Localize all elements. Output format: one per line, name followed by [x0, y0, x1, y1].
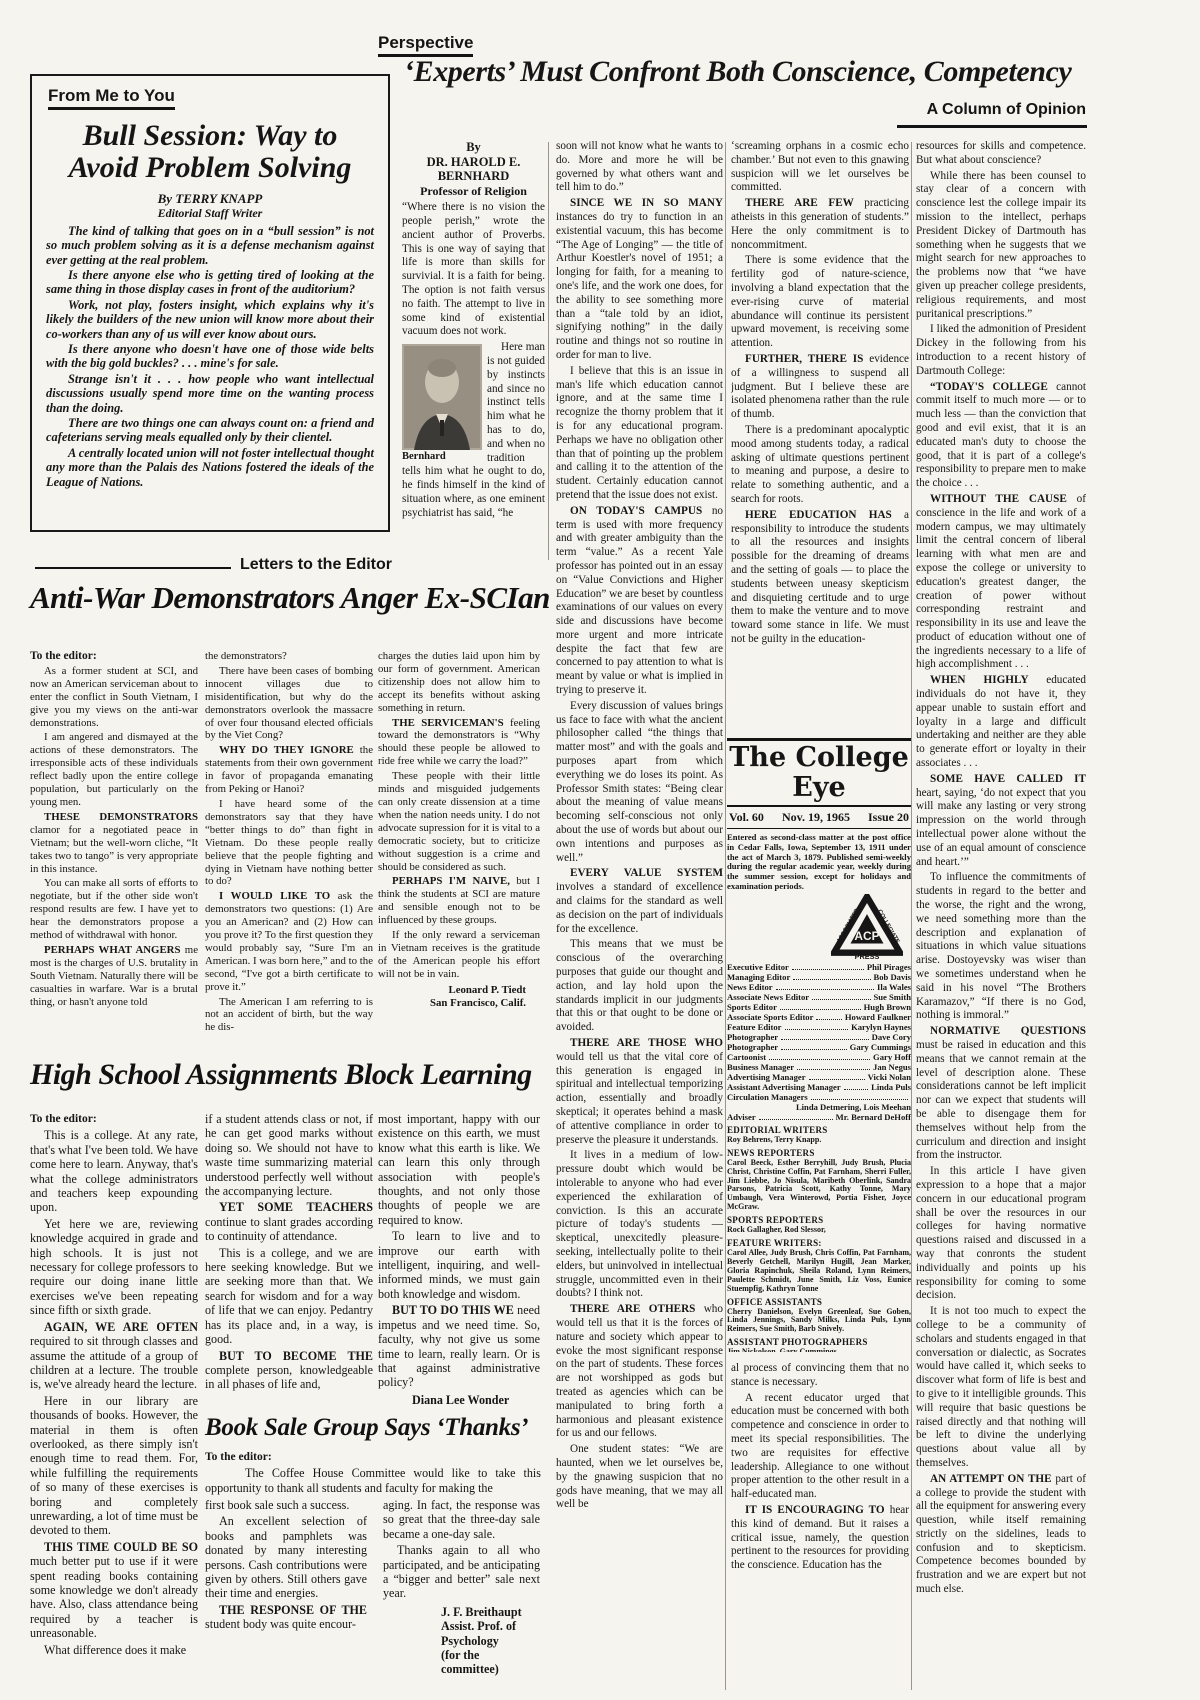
booksale-intro-text: The Coffee House Committee would like to… [205, 1466, 541, 1495]
paragraph: Thanks again to all who participated, an… [383, 1543, 540, 1601]
paragraph: if a student attends class or not, if he… [205, 1112, 373, 1198]
paragraph: THE RESPONSE OF THE student body was qui… [205, 1603, 367, 1632]
booksale-column-2: aging. In fact, the response was so grea… [383, 1498, 540, 1690]
highschool-headline: High School Assignments Block Learning [30, 1058, 565, 1092]
paragraph: It lives in a medium of low-pressure dou… [556, 1149, 723, 1301]
paragraph: This is a college, and we are here seeki… [205, 1246, 373, 1347]
paragraph: WITHOUT THE CAUSE of conscience in the l… [916, 493, 1086, 672]
masthead-rule [727, 805, 911, 807]
staff-row: Associate Sports EditorHoward Faulkner [727, 1012, 911, 1022]
paragraph: BUT TO BECOME THE complete person, knowl… [205, 1349, 373, 1392]
acp-press-logo: ACP ASSOCIATED COLLEGIATE PRESS [831, 894, 903, 960]
bull-session-body: The kind of talking that goes on in a “b… [46, 224, 374, 489]
staff-group-names: Carol Allee, Judy Brush, Chris Coffin, P… [727, 1249, 911, 1294]
paragraph: If the only reward a serviceman in Vietn… [378, 929, 540, 981]
paragraph: THERE ARE OTHERS who would tell us that … [556, 1303, 723, 1441]
paragraph: IT IS ENCOURAGING TO hear this kind of d… [731, 1504, 909, 1573]
masthead-date: Nov. 19, 1965 [782, 810, 850, 825]
staff-row: Associate News EditorSue Smith [727, 992, 911, 1002]
paragraph: I WOULD LIKE TO ask the demonstrators tw… [205, 890, 373, 993]
masthead-staff-groups: EDITORIAL WRITERSRoy Behrens, Terry Knap… [727, 1125, 911, 1352]
paragraph: PERHAPS WHAT ANGERS me most is the charg… [30, 944, 198, 1009]
antiwar-headline: Anti-War Demonstrators Anger Ex-SCIan [30, 580, 560, 616]
highschool-col1-text: This is a college. At any rate, that's w… [30, 1128, 198, 1657]
paragraph: PERHAPS I'M NAIVE, but I think the stude… [378, 875, 540, 927]
bull-session-box: From Me to You Bull Session: Way to Avoi… [30, 74, 390, 532]
opinion-column-2: soon will not know what he wants to do. … [556, 140, 723, 1690]
paragraph: These people with their little minds and… [378, 770, 540, 873]
paragraph: Yet here we are, reviewing knowledge acq… [30, 1217, 198, 1318]
staff-row: Circulation ManagersLinda Detmering, Loi… [727, 1092, 911, 1112]
paragraph: There are two things one can always coun… [46, 416, 374, 445]
antiwar-col3-text: charges the duties laid upon him by our … [378, 650, 540, 981]
acp-logo-wrap: ACP ASSOCIATED COLLEGIATE PRESS [727, 894, 911, 960]
column-of-opinion-label: A Column of Opinion [868, 101, 1086, 119]
letters-to-the-editor-label: Letters to the Editor [240, 556, 392, 574]
paragraph: HERE EDUCATION HAS a responsibility to i… [731, 509, 909, 647]
opinion-column-3-bottom: al process of convincing them that no st… [731, 1362, 909, 1690]
paragraph: FURTHER, THERE IS evidence of a willingn… [731, 353, 909, 422]
column-rule [725, 142, 726, 1690]
paragraph: AN ATTEMPT ON THE part of a college to p… [916, 1473, 1086, 1597]
staff-group-names: Cherry Danielson, Evelyn Greenleaf, Sue … [727, 1308, 911, 1335]
antiwar-signature-place: San Francisco, Calif. [378, 997, 540, 1010]
paragraph: ON TODAY'S CAMPUS no term is used with m… [556, 505, 723, 698]
booksale-intro: To the editor: The Coffee House Committe… [205, 1450, 541, 1496]
highschool-signature-name: Diana Lee Wonder [378, 1393, 540, 1406]
staff-row: Feature EditorKarylyn Haynes [727, 1022, 911, 1032]
masthead-entered-notice: Entered as second-class matter at the po… [727, 833, 911, 892]
paragraph: There have been cases of bombing innocen… [205, 665, 373, 742]
paragraph: charges the duties laid upon him by our … [378, 650, 540, 715]
masthead-vol: Vol. 60 [729, 810, 764, 825]
paragraph: The American I am referring to is not an… [205, 996, 373, 1035]
paragraph: THERE ARE FEW practicing atheists in thi… [731, 197, 909, 252]
masthead-title: The College Eye [727, 743, 911, 803]
opinion-column-3-top: ‘screaming orphans in a cosmic echo cham… [731, 140, 909, 734]
paragraph: NORMATIVE QUESTIONS must be raised in ed… [916, 1025, 1086, 1163]
opinion-column-1: By DR. HAROLD E. BERNHARD Professor of R… [402, 140, 545, 645]
newspaper-page: Perspective ‘Experts’ Must Confront Both… [0, 0, 1200, 1700]
antiwar-column-2: the demonstrators?There have been cases … [205, 650, 373, 1062]
staff-row: Assistant Advertising ManagerLinda Puls [727, 1082, 911, 1092]
paragraph: al process of convincing them that no st… [731, 1362, 909, 1390]
paragraph: One student states: “We are haunted, whe… [556, 1443, 723, 1512]
booksale-signature: J. F. Breithaupt Assist. Prof. of Psycho… [383, 1605, 540, 1677]
staff-group-names: Carol Beeck, Esther Berryhill, Judy Brus… [727, 1159, 911, 1212]
paragraph: the demonstrators? [205, 650, 373, 663]
staff-row: Executive EditorPhil Pirages [727, 962, 911, 972]
paragraph: To learn to live and to improve our eart… [378, 1229, 540, 1301]
masthead: The College Eye Vol. 60 Nov. 19, 1965 Is… [727, 736, 911, 1352]
opinion-col1-text: “Where there is no vision the people per… [402, 201, 545, 339]
staff-row: PhotographerDave Cory [727, 1032, 911, 1042]
bernhard-photo-figure: Bernhard [402, 344, 482, 464]
antiwar-col1-text: As a former student at SCI, and now an A… [30, 665, 198, 1009]
staff-row: Managing EditorBob Davis [727, 972, 911, 982]
staff-row: PhotographerGary Cummings [727, 1042, 911, 1052]
staff-group-names: Roy Behrens, Terry Knapp. [727, 1136, 911, 1145]
paragraph: What difference does it make [30, 1643, 198, 1657]
paragraph: most important, happy with our existence… [378, 1112, 540, 1227]
paragraph: As a former student at SCI, and now an A… [30, 665, 198, 730]
column-rule [911, 142, 912, 1690]
paragraph: An excellent selection of books and pamp… [205, 1514, 367, 1600]
paragraph: AGAIN, WE ARE OFTEN required to sit thro… [30, 1320, 198, 1392]
paragraph: I believe that this is an issue in man's… [556, 365, 723, 503]
staff-row: Business ManagerJan Negus [727, 1062, 911, 1072]
staff-row: CartoonistGary Hoff [727, 1052, 911, 1062]
opinion-column-4: resources for skills and competence. But… [916, 140, 1086, 1690]
paragraph: first book sale such a success. [205, 1498, 367, 1512]
svg-text:PRESS: PRESS [855, 952, 880, 960]
paragraph: THERE ARE THOSE WHO would tell us that t… [556, 1037, 723, 1147]
paragraph: I have heard some of the demonstrators s… [205, 798, 373, 888]
paragraph: You can make all sorts of efforts to neg… [30, 877, 198, 942]
paragraph: aging. In fact, the response was so grea… [383, 1498, 540, 1541]
paragraph: A centrally located union will not foste… [46, 446, 374, 489]
photo-caption: Bernhard [402, 450, 446, 462]
paragraph: soon will not know what he wants to do. … [556, 140, 723, 195]
paragraph: resources for skills and competence. But… [916, 140, 1086, 168]
paragraph: To influence the commitments of students… [916, 871, 1086, 1023]
paragraph: SINCE WE IN SO MANY instances do try to … [556, 197, 723, 363]
antiwar-column-1: To the editor: As a former student at SC… [30, 650, 198, 1062]
paragraph: SOME HAVE CALLED IT heart, saying, ‘do n… [916, 773, 1086, 870]
booksale-salutation: To the editor: [205, 1450, 541, 1464]
staff-row: Advertising ManagerVicki Nolan [727, 1072, 911, 1082]
highschool-column-2: if a student attends class or not, if he… [205, 1112, 373, 1406]
highschool-column-3: most important, happy with our existence… [378, 1112, 540, 1406]
masthead-rule [727, 828, 911, 830]
masthead-staff-list: Executive EditorPhil PiragesManaging Edi… [727, 962, 911, 1122]
paragraph: In this article I have given expression … [916, 1165, 1086, 1303]
booksale-headline: Book Sale Group Says ‘Thanks’ [205, 1414, 545, 1442]
letters-divider-rule [35, 567, 231, 569]
opinion-headline: ‘Experts’ Must Confront Both Conscience,… [404, 56, 1092, 88]
masthead-issue: Issue 20 [868, 810, 909, 825]
paragraph: THE SERVICEMAN'S feeling toward the demo… [378, 717, 540, 769]
paragraph: It is not too much to expect the college… [916, 1305, 1086, 1471]
bull-session-headline: Bull Session: Way to Avoid Problem Solvi… [46, 120, 374, 185]
staff-group-names: Jim Nickolson, Gary Cummings. [727, 1348, 911, 1352]
paragraph: Every discussion of values brings us fac… [556, 700, 723, 866]
paragraph: Is there anyone who doesn't have one of … [46, 342, 374, 371]
paragraph: There is a predominant apocalyptic mood … [731, 424, 909, 507]
paragraph: BUT TO DO THIS WE need impetus and we ne… [378, 1303, 540, 1389]
highschool-column-1: To the editor: This is a college. At any… [30, 1112, 198, 1690]
paragraph: YET SOME TEACHERS continue to slant grad… [205, 1200, 373, 1243]
paragraph: WHEN HIGHLY educated individuals do not … [916, 674, 1086, 771]
staff-row: AdviserMr. Bernard DeHoff [727, 1112, 911, 1122]
bull-session-byline: By TERRY KNAPP [46, 191, 374, 206]
booksale-col2-text: aging. In fact, the response was so grea… [383, 1498, 540, 1601]
opinion-kicker-rule [897, 125, 1087, 128]
paragraph: EVERY VALUE SYSTEM involves a standard o… [556, 867, 723, 936]
staff-row: Sports EditorHugh Brown [727, 1002, 911, 1012]
paragraph: Is there anyone else who is getting tire… [46, 268, 374, 297]
masthead-rule-top [727, 738, 911, 741]
booksale-column-1: first book sale such a success.An excell… [205, 1498, 367, 1690]
column-rule [548, 142, 549, 560]
perspective-kicker: Perspective [378, 33, 473, 57]
opinion-col1-photo-flow: Bernhard Here man is not guided by insti… [402, 341, 545, 520]
antiwar-column-3: charges the duties laid upon him by our … [378, 650, 540, 1062]
paragraph: While there has been counsel to stay cle… [916, 170, 1086, 322]
bull-session-byline-title: Editorial Staff Writer [46, 206, 374, 220]
highschool-col3-text: most important, happy with our existence… [378, 1112, 540, 1390]
bernhard-portrait-photo [402, 344, 482, 450]
paragraph: This is a college. At any rate, that's w… [30, 1128, 198, 1214]
paragraph: THIS TIME COULD BE SO much better put to… [30, 1540, 198, 1641]
paragraph: Work, not play, fosters insight, which e… [46, 298, 374, 341]
paragraph: A recent educator urged that education m… [731, 1392, 909, 1502]
opinion-byline: By DR. HAROLD E. BERNHARD [402, 140, 545, 184]
paragraph: I liked the admonition of President Dick… [916, 323, 1086, 378]
paragraph: WHY DO THEY IGNORE the statements from t… [205, 744, 373, 796]
highschool-salutation: To the editor: [30, 1112, 198, 1126]
paragraph: “TODAY'S COLLEGE cannot commit itself to… [916, 381, 1086, 491]
paragraph: Here in our library are thousands of boo… [30, 1394, 198, 1538]
paragraph: There is some evidence that the fertilit… [731, 254, 909, 351]
masthead-volume-line: Vol. 60 Nov. 19, 1965 Issue 20 [727, 809, 911, 826]
paragraph: This means that we must be conscious of … [556, 938, 723, 1035]
paragraph: Strange isn't it . . . how people who wa… [46, 372, 374, 415]
antiwar-signature-name: Leonard P. Tiedt [378, 984, 540, 997]
svg-text:ACP: ACP [854, 929, 879, 943]
paragraph: ‘screaming orphans in a cosmic echo cham… [731, 140, 909, 195]
paragraph: The kind of talking that goes on in a “b… [46, 224, 374, 267]
paragraph: “Where there is no vision the people per… [402, 201, 545, 339]
antiwar-salutation: To the editor: [30, 650, 198, 663]
from-me-to-you-kicker: From Me to You [48, 86, 175, 110]
staff-row: News EditorIla Wales [727, 982, 911, 992]
paragraph: I am angered and dismayed at the actions… [30, 731, 198, 808]
opinion-byline-title: Professor of Religion [402, 185, 545, 199]
paragraph: THESE DEMONSTRATORS clamor for a negotia… [30, 811, 198, 876]
staff-group-title: OFFICE ASSISTANTS [727, 1297, 911, 1308]
staff-group-names: Rock Gallagher, Rod Slessor, [727, 1226, 911, 1235]
